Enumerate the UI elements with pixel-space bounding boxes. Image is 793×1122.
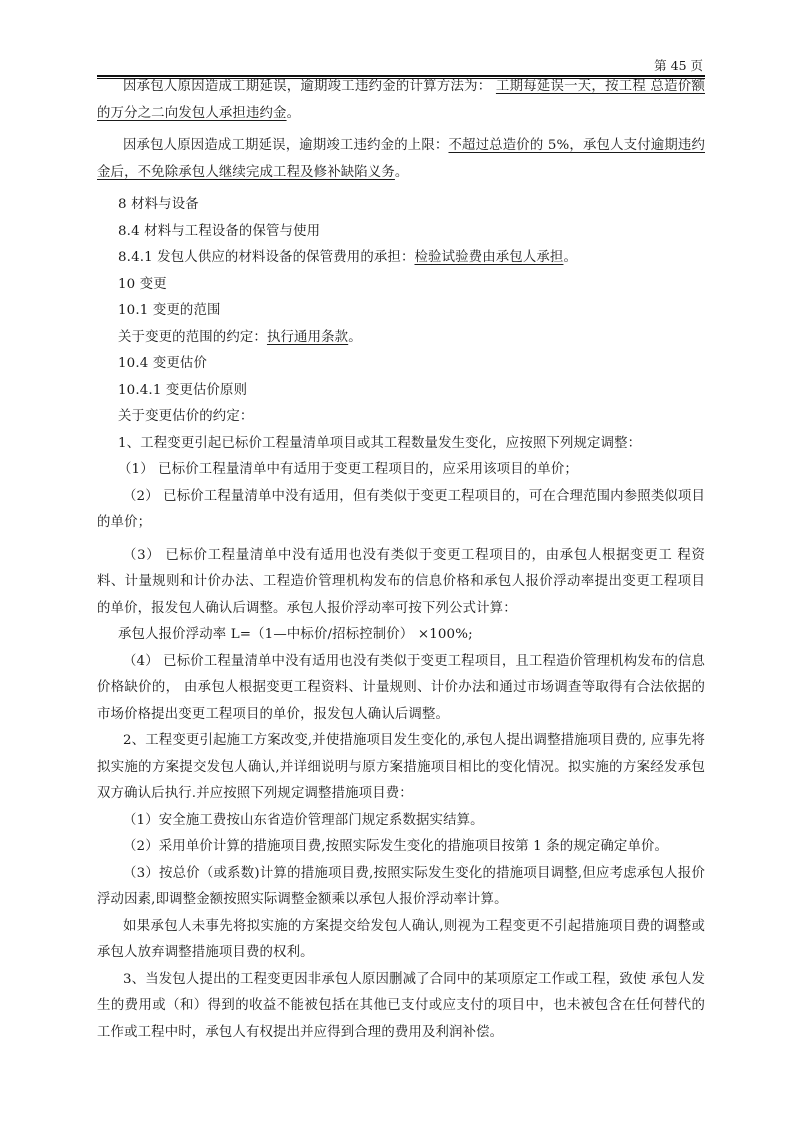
- rule-2-item-3: （3）按总价（或系数)计算的措施项目费,按照实际发生变化的措施项目调整,但应考虑…: [97, 861, 705, 914]
- section-heading-10-4-1: 10.4.1 变更估价原则: [97, 378, 705, 405]
- paragraph-delay-calc: 因承包人原因造成工期延误，逾期竣工违约金的计算方法为： 工期每延误一天，按工程 …: [97, 74, 705, 127]
- underlined-fill-in: 执行通用条款: [267, 330, 348, 345]
- clause-10-1-scope: 关于变更的范围的约定：执行通用条款。: [97, 325, 705, 352]
- text: 8.4.1 发包人供应的材料设备的保管费用的承担：: [118, 250, 415, 265]
- rule-1-item-1: （1） 已标价工程量清单中有适用于变更工程项目的，应采用该项目的单价；: [97, 457, 705, 484]
- text: 。: [287, 106, 301, 121]
- paragraph-delay-cap: 因承包人原因造成工期延误，逾期竣工违约金的上限：不超过总造价的 5%，承包人支付…: [97, 133, 705, 186]
- rule-2-item-1: （1）安全施工费按山东省造价管理部门规定系数据实结算。: [97, 808, 705, 835]
- document-body: 因承包人原因造成工期延误，逾期竣工违约金的计算方法为： 工期每延误一天，按工程 …: [97, 74, 705, 1046]
- section-heading-10-1: 10.1 变更的范围: [97, 298, 705, 325]
- page-number: 第 45 页: [97, 58, 705, 74]
- text: 因承包人原因造成工期延误，逾期竣工违约金的计算方法为：: [123, 79, 496, 94]
- rule-1-item-3: （3） 已标价工程量清单中没有适用也没有类似于变更工程项目的，由承包人根据变更工…: [97, 543, 705, 623]
- text: 。: [348, 330, 362, 345]
- rule-1: 1、工程变更引起已标价工程量清单项目或其工程数量发生变化，应按照下列规定调整：: [97, 431, 705, 458]
- rule-2-item-2: （2）采用单价计算的措施项目费,按照实际发生变化的措施项目按第 1 条的规定确定…: [97, 834, 705, 861]
- rule-3: 3、当发包人提出的工程变更因非承包人原因删减了合同中的某项原定工作或工程，致使 …: [97, 967, 705, 1047]
- text: 关于变更的范围的约定：: [118, 330, 267, 345]
- clause-8-4-1: 8.4.1 发包人供应的材料设备的保管费用的承担：检验试验费由承包人承担。: [97, 245, 705, 272]
- section-heading-8-4: 8.4 材料与工程设备的保管与使用: [97, 219, 705, 246]
- rule-1-item-2: （2） 已标价工程量清单中没有适用，但有类似于变更工程项目的，可在合理范围内参照…: [97, 484, 705, 537]
- text: 因承包人原因造成工期延误，逾期竣工违约金的上限：: [123, 138, 448, 153]
- clause-valuation-intro: 关于变更估价的约定：: [97, 404, 705, 431]
- section-heading-10: 10 变更: [97, 272, 705, 299]
- section-heading-8: 8 材料与设备: [97, 192, 705, 219]
- text: 。: [563, 250, 577, 265]
- rule-2: 2、工程变更引起施工方案改变,并使措施项目发生变化的,承包人提出调整措施项目费的…: [97, 728, 705, 808]
- rule-1-item-4: （4） 已标价工程量清单中没有适用也没有类似于变更工程项目，且工程造价管理机构发…: [97, 649, 705, 729]
- rule-2-note: 如果承包人未事先将拟实施的方案提交给发包人确认,则视为工程变更不引起措施项目费的…: [97, 914, 705, 967]
- float-rate-formula: 承包人报价浮动率 L=（1—中标价/招标控制价） ×100%;: [97, 622, 705, 649]
- section-heading-10-4: 10.4 变更估价: [97, 351, 705, 378]
- underlined-fill-in: 检验试验费由承包人承担: [415, 250, 564, 265]
- text: 。: [395, 165, 409, 180]
